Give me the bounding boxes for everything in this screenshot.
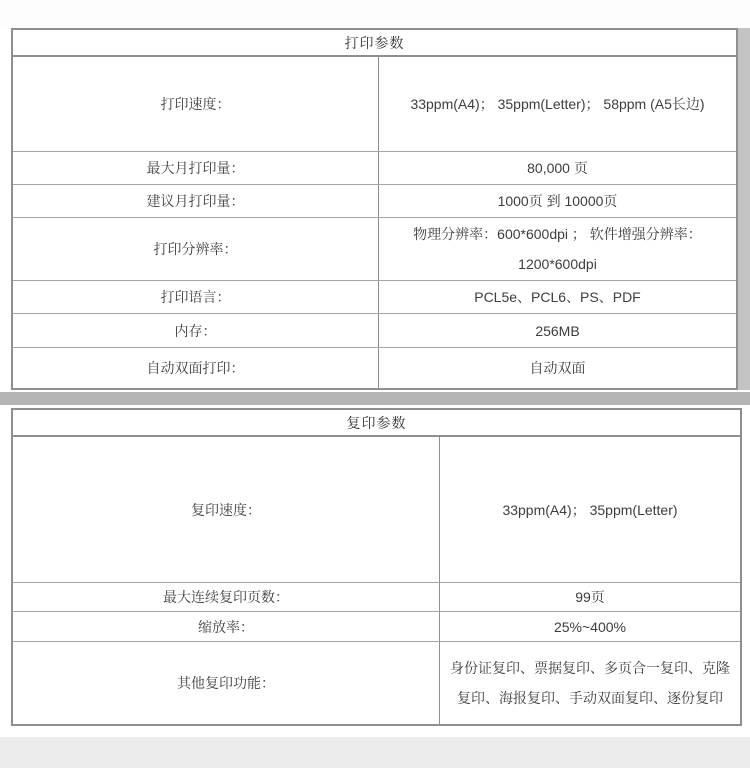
copy-params-table: 复印参数 复印速度：33ppm(A4)； 35ppm(Letter)最大连续复印… — [11, 408, 742, 726]
spec-row: 打印分辨率：物理分辨率：600*600dpi ； 软件增强分辨率：1200*60… — [13, 218, 736, 281]
spec-label: 缩放率： — [13, 612, 440, 641]
spec-value: 33ppm(A4)； 35ppm(Letter) — [440, 437, 740, 582]
copy-params-rows: 复印速度：33ppm(A4)； 35ppm(Letter)最大连续复印页数：99… — [13, 437, 740, 724]
spec-label: 打印分辨率： — [13, 218, 379, 280]
spec-value: 身份证复印、票据复印、多页合一复印、克隆复印、海报复印、手动双面复印、逐份复印 — [440, 642, 740, 724]
spec-label: 打印语言： — [13, 281, 379, 313]
spec-label: 复印速度： — [13, 437, 440, 582]
spec-label: 打印速度： — [13, 57, 379, 151]
print-params-table-title: 打印参数 — [13, 30, 736, 57]
spec-label: 自动双面打印： — [13, 348, 379, 388]
spec-row: 复印速度：33ppm(A4)； 35ppm(Letter) — [13, 437, 740, 583]
spec-value: 33ppm(A4)； 35ppm(Letter)； 58ppm (A5长边) — [379, 57, 736, 151]
spec-value: 物理分辨率：600*600dpi ； 软件增强分辨率：1200*600dpi — [379, 218, 736, 280]
spec-value: 1000页 到 10000页 — [379, 185, 736, 217]
spec-row: 自动双面打印：自动双面 — [13, 348, 736, 388]
bottom-gray-area — [0, 737, 750, 768]
spec-value: 99页 — [440, 583, 740, 611]
print-params-table: 打印参数 打印速度：33ppm(A4)； 35ppm(Letter)； 58pp… — [11, 28, 738, 390]
spec-row: 内存：256MB — [13, 314, 736, 348]
spec-row: 打印速度：33ppm(A4)； 35ppm(Letter)； 58ppm (A5… — [13, 57, 736, 152]
spec-value: PCL5e、PCL6、PS、PDF — [379, 281, 736, 313]
spec-label: 建议月打印量： — [13, 185, 379, 217]
spec-value: 256MB — [379, 314, 736, 347]
spec-value: 自动双面 — [379, 348, 736, 388]
spec-row: 最大月打印量：80,000 页 — [13, 152, 736, 185]
spec-row: 打印语言：PCL5e、PCL6、PS、PDF — [13, 281, 736, 314]
print-params-rows: 打印速度：33ppm(A4)； 35ppm(Letter)； 58ppm (A5… — [13, 57, 736, 388]
spec-label: 最大连续复印页数： — [13, 583, 440, 611]
table-separator-bar — [0, 392, 750, 405]
copy-params-table-title: 复印参数 — [13, 410, 740, 437]
spec-row: 最大连续复印页数：99页 — [13, 583, 740, 612]
spec-row: 建议月打印量：1000页 到 10000页 — [13, 185, 736, 218]
spec-row: 其他复印功能：身份证复印、票据复印、多页合一复印、克隆复印、海报复印、手动双面复… — [13, 642, 740, 724]
spec-label: 内存： — [13, 314, 379, 347]
spec-row: 缩放率：25%~400% — [13, 612, 740, 642]
top-whitespace — [0, 0, 750, 28]
spec-value: 25%~400% — [440, 612, 740, 641]
spec-label: 最大月打印量： — [13, 152, 379, 184]
spec-label: 其他复印功能： — [13, 642, 440, 724]
spec-value: 80,000 页 — [379, 152, 736, 184]
